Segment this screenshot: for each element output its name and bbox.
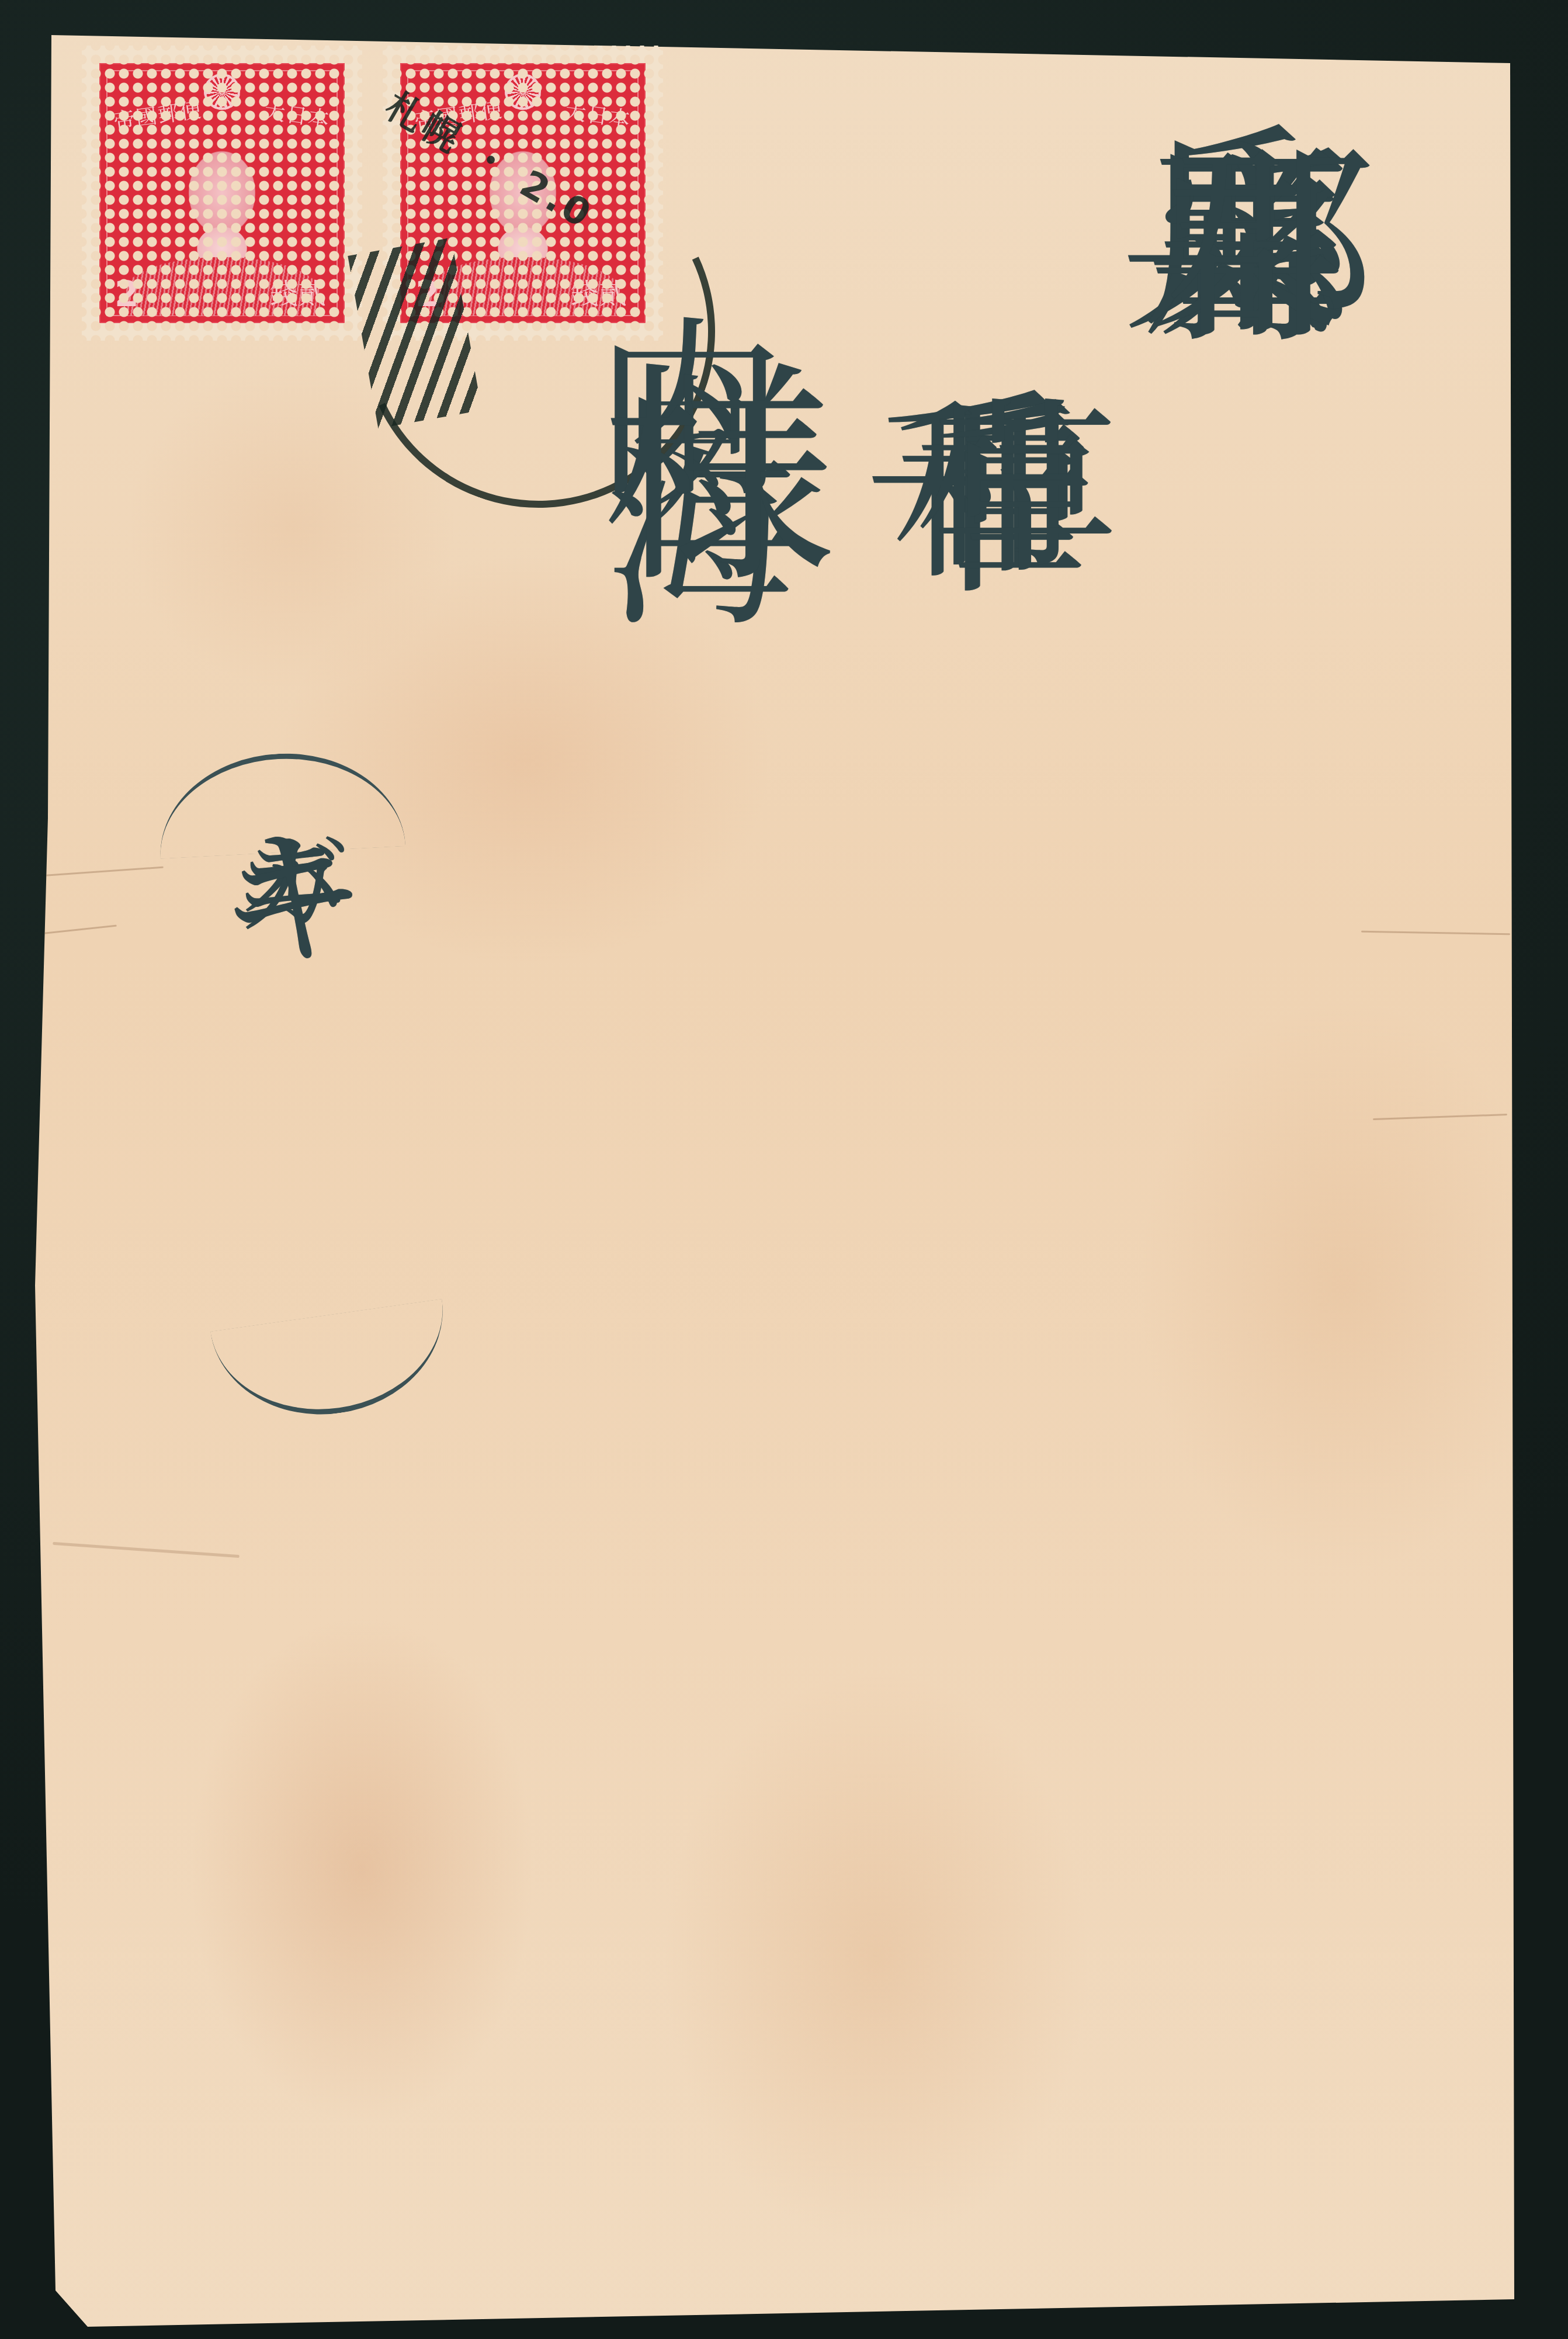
address-char: 郡 — [1165, 140, 1376, 351]
crease-left — [41, 867, 164, 877]
stamp-design: 帝國郵便 大日本 2 錢貳 — [99, 63, 345, 323]
crease-mid-left — [53, 1542, 240, 1558]
note-char: キ — [216, 824, 368, 976]
address-char: 草 — [932, 397, 1119, 584]
stamp-value: 錢貳 — [270, 271, 326, 311]
chrysanthemum-crest-icon — [204, 74, 240, 110]
crease-right-lower — [1373, 1114, 1507, 1120]
stamp-numeral: 2 — [115, 274, 139, 315]
crease-right — [1361, 931, 1510, 935]
postage-stamp-1: 帝國郵便 大日本 2 錢貳 — [82, 46, 362, 341]
chrysanthemum-crest-icon — [505, 74, 541, 110]
honorific-sama: 様 — [602, 362, 835, 596]
crease-left-lower — [35, 925, 117, 935]
